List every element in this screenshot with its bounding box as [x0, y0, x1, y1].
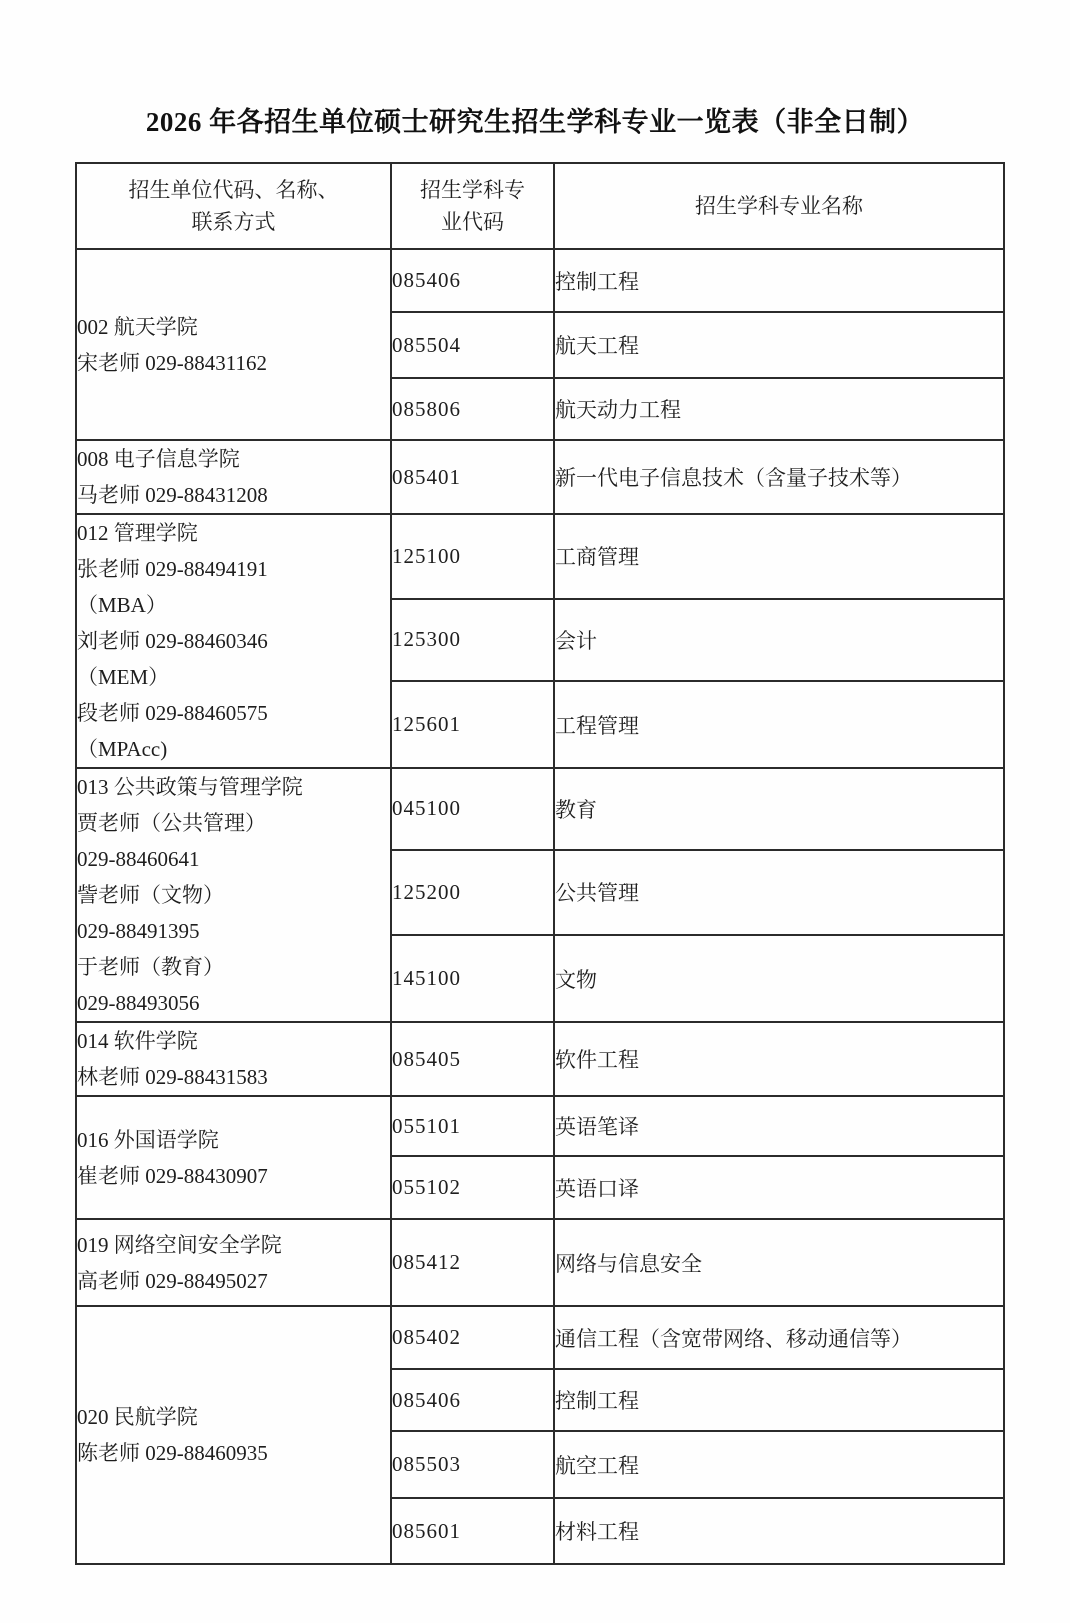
program-name-cell: 软件工程 [554, 1022, 1004, 1096]
unit-line: 于老师（教育） [77, 949, 390, 985]
table-row: 019 网络空间安全学院高老师 029-88495027085412网络与信息安… [76, 1219, 1004, 1306]
unit-line: （MEM） [77, 659, 390, 695]
unit-cell: 013 公共政策与管理学院贾老师（公共管理）029-88460641訾老师（文物… [76, 768, 391, 1022]
unit-line: 008 电子信息学院 [77, 441, 390, 477]
program-code-cell: 125100 [391, 514, 554, 599]
program-code-cell: 125200 [391, 850, 554, 936]
program-code-cell: 085406 [391, 249, 554, 312]
program-name-cell: 通信工程（含宽带网络、移动通信等） [554, 1306, 1004, 1369]
table-body: 002 航天学院宋老师 029-88431162085406控制工程085504… [76, 249, 1004, 1564]
table-row: 008 电子信息学院马老师 029-88431208085401新一代电子信息技… [76, 440, 1004, 514]
header-name-column: 招生学科专业名称 [554, 163, 1004, 249]
table-row: 013 公共政策与管理学院贾老师（公共管理）029-88460641訾老师（文物… [76, 768, 1004, 850]
program-name-cell: 控制工程 [554, 249, 1004, 312]
unit-cell: 020 民航学院陈老师 029-88460935 [76, 1306, 391, 1564]
program-name-cell: 材料工程 [554, 1498, 1004, 1564]
unit-line: 刘老师 029-88460346 [77, 623, 390, 659]
unit-cell: 016 外国语学院崔老师 029-88430907 [76, 1096, 391, 1219]
table-row: 016 外国语学院崔老师 029-88430907055101英语笔译 [76, 1096, 1004, 1156]
header-code-column: 招生学科专业代码 [391, 163, 554, 249]
header-name-label: 招生学科专业名称 [555, 190, 1003, 222]
unit-line: 贾老师（公共管理） [77, 805, 390, 841]
program-code-cell: 125300 [391, 599, 554, 682]
admissions-table: 招生单位代码、名称、联系方式 招生学科专业代码 招生学科专业名称 002 航天学… [75, 162, 1005, 1565]
program-name-cell: 网络与信息安全 [554, 1219, 1004, 1306]
unit-line: 高老师 029-88495027 [77, 1263, 390, 1299]
unit-cell: 008 电子信息学院马老师 029-88431208 [76, 440, 391, 514]
program-name-cell: 公共管理 [554, 850, 1004, 936]
program-code-cell: 085503 [391, 1431, 554, 1498]
unit-line: 马老师 029-88431208 [77, 477, 390, 513]
unit-cell: 012 管理学院张老师 029-88494191（MBA）刘老师 029-884… [76, 514, 391, 768]
program-code-cell: 085601 [391, 1498, 554, 1564]
program-code-cell: 085412 [391, 1219, 554, 1306]
unit-line: 020 民航学院 [77, 1399, 390, 1435]
unit-line: 029-88493056 [77, 985, 390, 1021]
program-code-cell: 045100 [391, 768, 554, 850]
header-unit-column: 招生单位代码、名称、联系方式 [76, 163, 391, 249]
unit-line: 029-88460641 [77, 841, 390, 877]
unit-line: 张老师 029-88494191 [77, 551, 390, 587]
program-code-cell: 085405 [391, 1022, 554, 1096]
header-code-label: 招生学科专业代码 [415, 174, 531, 238]
program-code-cell: 085504 [391, 312, 554, 378]
unit-line: 宋老师 029-88431162 [77, 345, 390, 381]
program-name-cell: 文物 [554, 935, 1004, 1022]
program-code-cell: 055102 [391, 1156, 554, 1219]
unit-line: 029-88491395 [77, 913, 390, 949]
unit-line: 陈老师 029-88460935 [77, 1435, 390, 1471]
unit-line: 林老师 029-88431583 [77, 1059, 390, 1095]
program-name-cell: 英语口译 [554, 1156, 1004, 1219]
program-name-cell: 航天动力工程 [554, 378, 1004, 440]
unit-line: 016 外国语学院 [77, 1122, 390, 1158]
table-row: 002 航天学院宋老师 029-88431162085406控制工程 [76, 249, 1004, 312]
header-row: 招生单位代码、名称、联系方式 招生学科专业代码 招生学科专业名称 [76, 163, 1004, 249]
unit-line: 013 公共政策与管理学院 [77, 769, 390, 805]
program-name-cell: 教育 [554, 768, 1004, 850]
header-unit-label: 招生单位代码、名称、联系方式 [121, 174, 347, 238]
document-page: 2026 年各招生单位硕士研究生招生学科专业一览表（非全日制） 招生单位代码、名… [0, 0, 1070, 1623]
unit-cell: 019 网络空间安全学院高老师 029-88495027 [76, 1219, 391, 1306]
unit-line: 訾老师（文物） [77, 877, 390, 913]
table-row: 020 民航学院陈老师 029-88460935085402通信工程（含宽带网络… [76, 1306, 1004, 1369]
program-code-cell: 125601 [391, 681, 554, 768]
table-row: 012 管理学院张老师 029-88494191（MBA）刘老师 029-884… [76, 514, 1004, 599]
unit-cell: 014 软件学院林老师 029-88431583 [76, 1022, 391, 1096]
unit-line: 014 软件学院 [77, 1023, 390, 1059]
page-title: 2026 年各招生单位硕士研究生招生学科专业一览表（非全日制） [0, 100, 1070, 139]
unit-line: 段老师 029-88460575 [77, 695, 390, 731]
program-code-cell: 085401 [391, 440, 554, 514]
program-name-cell: 航空工程 [554, 1431, 1004, 1498]
unit-line: （MBA） [77, 587, 390, 623]
unit-line: 崔老师 029-88430907 [77, 1158, 390, 1194]
program-name-cell: 工程管理 [554, 681, 1004, 768]
unit-line: 012 管理学院 [77, 515, 390, 551]
program-name-cell: 航天工程 [554, 312, 1004, 378]
table-row: 014 软件学院林老师 029-88431583085405软件工程 [76, 1022, 1004, 1096]
program-code-cell: 085402 [391, 1306, 554, 1369]
unit-line: 002 航天学院 [77, 309, 390, 345]
program-name-cell: 新一代电子信息技术（含量子技术等） [554, 440, 1004, 514]
unit-line: 019 网络空间安全学院 [77, 1227, 390, 1263]
program-name-cell: 控制工程 [554, 1369, 1004, 1431]
program-name-cell: 工商管理 [554, 514, 1004, 599]
program-code-cell: 085806 [391, 378, 554, 440]
program-code-cell: 055101 [391, 1096, 554, 1156]
program-name-cell: 会计 [554, 599, 1004, 682]
program-name-cell: 英语笔译 [554, 1096, 1004, 1156]
unit-line: （MPAcc) [77, 731, 390, 767]
program-code-cell: 085406 [391, 1369, 554, 1431]
program-code-cell: 145100 [391, 935, 554, 1022]
unit-cell: 002 航天学院宋老师 029-88431162 [76, 249, 391, 440]
